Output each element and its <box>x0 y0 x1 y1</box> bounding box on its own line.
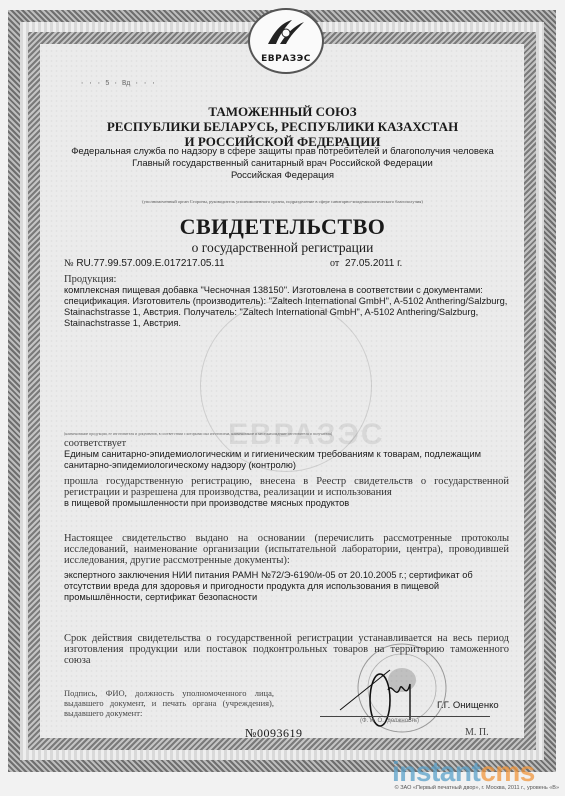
printer-note: © ЗАО «Первый печатный двор», г. Москва,… <box>395 785 559 791</box>
authority-line: Главный государственный санитарный врач … <box>60 158 505 170</box>
registration-date: от 27.05.2011 г. <box>330 258 402 269</box>
signer-name: Г.Г. Онищенко <box>437 700 499 711</box>
registration-number-value: RU.77.99.57.009.Е.017217.05.11 <box>76 258 224 269</box>
authority-line: Российская Федерация <box>60 170 505 182</box>
basis-section: Настоящее свидетельство выдано на основа… <box>64 533 509 603</box>
conformity-text: Единым санитарно-эпидемиологическим и ги… <box>64 449 509 471</box>
form-number: №0093619 <box>245 726 302 741</box>
authority-line: Федеральная служба по надзору в сфере за… <box>60 146 505 158</box>
union-line: РЕСПУБЛИКИ БЕЛАРУСЬ, РЕСПУБЛИКИ КАЗАХСТА… <box>60 119 505 134</box>
conformity-section: соответствует Единым санитарно-эпидемиол… <box>64 438 509 471</box>
authority-block: Федеральная служба по надзору в сфере за… <box>60 146 505 182</box>
eurasec-emblem: ЕВРАЗЭС <box>248 8 324 74</box>
basis-text: Настоящее свидетельство выдано на основа… <box>64 533 509 566</box>
product-text: комплексная пищевая добавка "Чесночная 1… <box>64 285 509 329</box>
registration-date-value: 27.05.2011 г. <box>345 258 402 269</box>
registered-text: прошла государственную регистрацию, внес… <box>64 476 509 498</box>
serial-stamp: · · · 5 · Вд · · · <box>80 80 156 88</box>
seal-mark: М. П. <box>465 727 489 738</box>
eurasec-logo-icon <box>264 18 308 48</box>
registered-section: прошла государственную регистрацию, внес… <box>64 476 509 509</box>
product-label: Продукция: <box>64 274 509 285</box>
signature-icon <box>330 660 450 740</box>
document-title: СВИДЕТЕЛЬСТВО <box>60 214 505 240</box>
brand-watermark: instantcms <box>392 756 535 788</box>
emblem-label: ЕВРАЗЭС <box>261 54 311 64</box>
authority-caption: (уполномоченный орган Стороны, руководит… <box>60 199 505 204</box>
product-section: Продукция: комплексная пищевая добавка "… <box>64 274 509 329</box>
conformity-caption: (наименование продукции, ее изготовителя… <box>64 432 509 436</box>
union-line: ТАМОЖЕННЫЙ СОЮЗ <box>60 104 505 119</box>
union-heading: ТАМОЖЕННЫЙ СОЮЗ РЕСПУБЛИКИ БЕЛАРУСЬ, РЕС… <box>60 104 505 149</box>
registered-scope: в пищевой промышленности при производств… <box>64 498 509 509</box>
signature-sub-caption: (Ф. И. О., должность) <box>360 718 419 724</box>
signature-label-block: Подпись, ФИО, должность уполномоченного … <box>64 688 274 718</box>
signature-line <box>320 716 490 717</box>
basis-documents: экспертного заключения НИИ питания РАМН … <box>64 570 509 603</box>
conformity-label: соответствует <box>64 438 509 449</box>
document-subtitle: о государственной регистрации <box>60 240 505 256</box>
signature-label: Подпись, ФИО, должность уполномоченного … <box>64 688 274 718</box>
registration-number: № RU.77.99.57.009.Е.017217.05.11 <box>64 258 225 269</box>
